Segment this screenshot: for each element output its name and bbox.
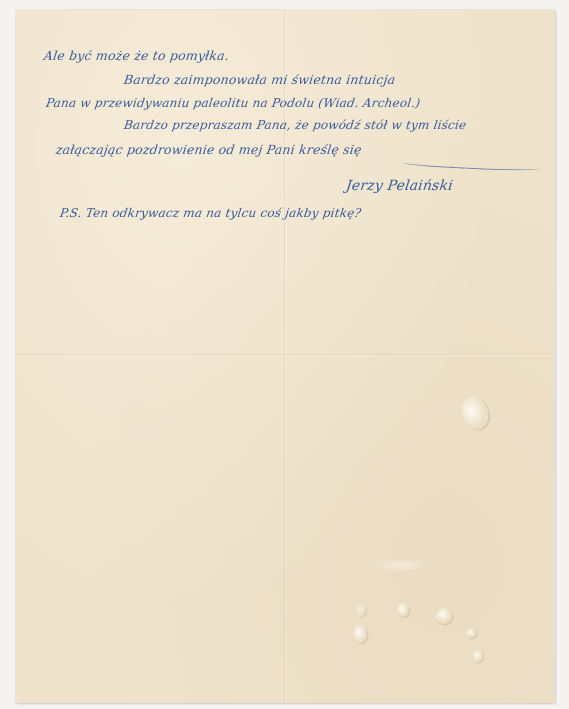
horizontal-fold-line <box>16 354 555 356</box>
vertical-fold-line <box>284 10 286 703</box>
emboss-dent <box>466 628 476 638</box>
letter-paper: Ale być może że to pomyłka. Bardzo zaimp… <box>16 10 555 703</box>
paper-smudge <box>371 558 431 572</box>
emboss-dent <box>353 625 367 643</box>
letter-line-1: Ale być może że to pomyłka. <box>43 48 230 63</box>
letter-line-5: załączając pozdrowienie od mej Pani kreś… <box>55 142 363 157</box>
emboss-dent <box>436 608 452 624</box>
letter-line-4: Bardzo przepraszam Pana, że powódź stół … <box>123 118 467 132</box>
leaf-emboss-mark <box>457 393 493 434</box>
letter-line-2: Bardzo zaimponowała mi świetna intuicja <box>123 72 397 87</box>
emboss-dent <box>473 650 483 662</box>
postscript: P.S. Ten odkrywacz ma na tylcu coś jakby… <box>59 206 362 220</box>
closing-flourish-stroke <box>402 158 540 172</box>
emboss-dent <box>356 604 366 616</box>
letter-line-3: Pana w przewidywaniu paleolitu na Podolu… <box>45 96 421 110</box>
emboss-dent <box>397 603 409 617</box>
signature: Jerzy Pelaiński <box>345 178 454 194</box>
